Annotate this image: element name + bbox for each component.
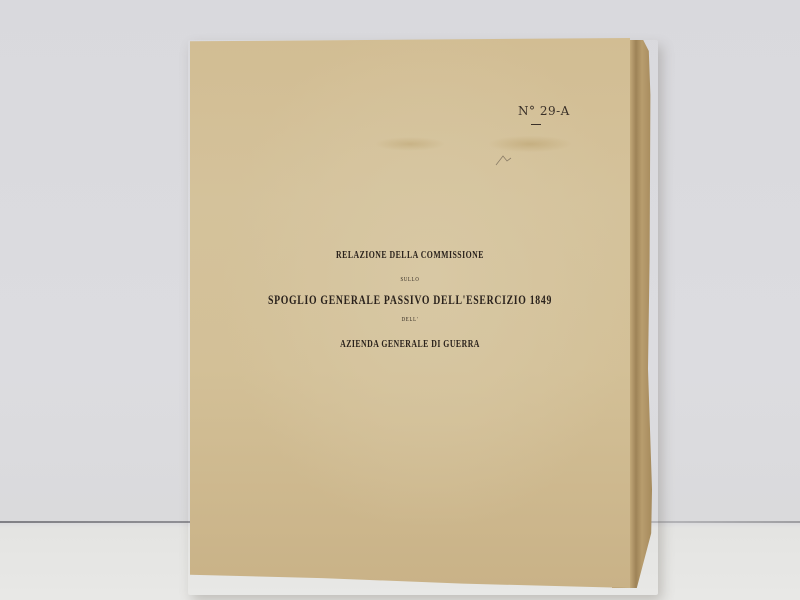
title-line-1: Relazione della Commissione [238, 250, 581, 261]
title-line-5: Azienda generale di Guerra [238, 339, 581, 350]
pencil-mark-icon [495, 153, 513, 167]
title-line-2: sullo [238, 277, 581, 283]
document-number-underline [531, 124, 541, 125]
title-line-3: Spoglio generale passivo dell'esercizio … [238, 293, 581, 308]
document-number: N° 29-A [518, 104, 570, 118]
document-cover [190, 38, 630, 588]
title-line-4: dell' [238, 317, 581, 323]
